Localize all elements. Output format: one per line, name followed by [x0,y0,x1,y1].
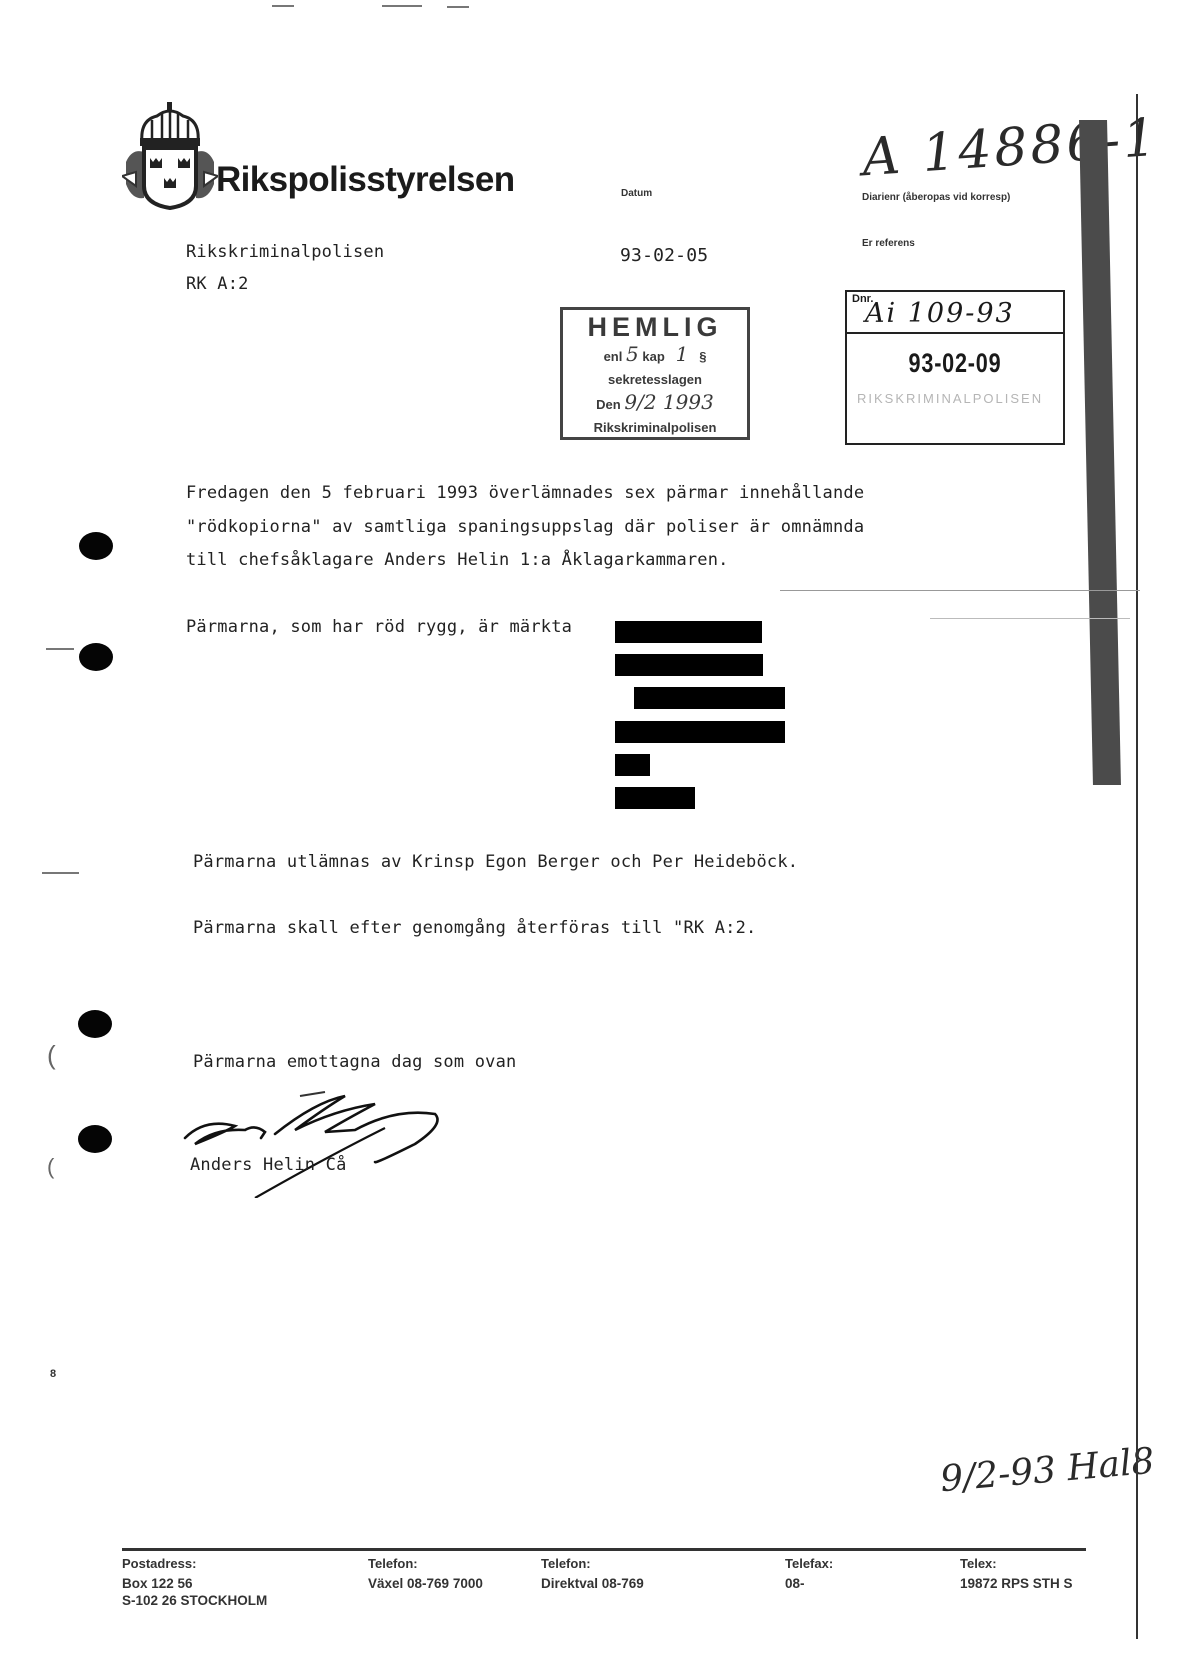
unit-code: RK A:2 [186,274,249,294]
classification-stamp: HEMLIG enl 5 kap 1 § sekretesslagen Den … [560,307,750,440]
classification-date: 9/2 1993 [624,390,713,414]
body-line-1: Fredagen den 5 februari 1993 överlämnade… [186,483,864,503]
footer-telex: Telex: 19872 RPS STH S [960,1556,1073,1592]
received-date: 93-02-09 [869,348,1042,379]
department-name: Rikskriminalpolisen [186,242,384,262]
law-paragraph-sign: § [699,349,706,364]
classification-authority: Rikskriminalpolisen [563,416,747,439]
organisation-name: Rikspolisstyrelsen [216,160,515,200]
footer-label: Telefax: [785,1556,833,1571]
footer-phone-direct: Telefon: Direktval 08-769 [541,1556,644,1592]
scan-artifact [46,648,74,650]
classification-date-row: Den 9/2 1993 [563,391,747,416]
footer-value: 19872 RPS STH S [960,1575,1073,1592]
law-section: 1 [676,342,689,366]
handed-out-line: Pärmarna utlämnas av Krinsp Egon Berger … [193,852,798,872]
signatory-name: Anders Helin Cå [190,1155,347,1175]
registration-stamp: Dnr. Ai 109-93 93-02-09 RIKSKRIMINALPOLI… [845,290,1065,445]
page-edge-line [1136,94,1138,1639]
scan-artifact [780,590,1140,591]
return-note-line: Pärmarna skall efter genomgång återföras… [193,918,756,938]
redaction-bar [615,787,695,809]
footer-rule [122,1548,1086,1551]
scan-artifact [930,618,1130,619]
scan-artifact [447,6,469,8]
scan-artifact [272,5,294,7]
punch-hole [78,1125,112,1153]
classification-date-prefix: Den [596,397,621,412]
footer-phone-switchboard: Telefon: Växel 08-769 7000 [368,1556,483,1592]
punch-hole [78,1010,112,1038]
scan-artifact [42,872,79,874]
scan-artifact: ( [47,1040,56,1071]
footer-label: Telefon: [541,1556,644,1571]
body-line-2: "rödkopiorna" av samtliga spaningsuppsla… [186,517,864,537]
footer-value: Box 122 56 [122,1575,267,1592]
footer-label: Telex: [960,1556,1073,1571]
date-value: 93-02-05 [620,245,708,266]
law-kap: kap [642,349,664,364]
marked-intro: Pärmarna, som har röd rygg, är märkta [186,617,572,637]
footer-value: 08- [785,1575,833,1592]
redaction-bar [615,754,650,776]
classification-law-name: sekretesslagen [563,368,747,391]
dnr-value: Ai 109-93 [865,298,1015,329]
reference-label: Er referens [862,238,915,249]
punch-hole [79,643,113,671]
footer-label: Postadress: [122,1556,267,1571]
crest-logo-icon [122,100,218,210]
law-ref-prefix: enl [604,349,623,364]
footer-value: S-102 26 STOCKHOLM [122,1592,267,1609]
redaction-bar [634,687,785,709]
margin-mark: 8 [50,1368,56,1380]
diary-number-label: Diarienr (åberopas vid korresp) [862,192,1010,203]
footer-label: Telefon: [368,1556,483,1571]
footer-value: Direktval 08-769 [541,1575,644,1592]
handwritten-diary-number: A 14886-1 [860,108,1161,189]
redaction-bar [615,621,762,643]
binder-edge-mark [1079,120,1121,785]
faded-stamp-text: RIKSKRIMINALPOLISEN [857,391,1063,406]
redaction-bar [615,654,763,676]
handwritten-date-initials: 9/2-93 Hal8 [939,1441,1156,1501]
footer-postal: Postadress: Box 122 56 S-102 26 STOCKHOL… [122,1556,267,1609]
classification-title: HEMLIG [563,312,747,343]
footer-value: Växel 08-769 7000 [368,1575,483,1592]
received-note-line: Pärmarna emottagna dag som ovan [193,1052,516,1072]
scan-artifact [382,5,422,7]
classification-law-ref: enl 5 kap 1 § [563,343,747,368]
scan-artifact: ( [47,1154,54,1180]
redaction-bar [615,721,785,743]
date-label: Datum [621,188,652,199]
punch-hole [79,532,113,560]
footer-fax: Telefax: 08- [785,1556,833,1592]
law-chapter: 5 [626,342,639,366]
body-line-3: till chefsåklagare Anders Helin 1:a Åkla… [186,550,729,570]
signature-icon [175,1088,465,1198]
